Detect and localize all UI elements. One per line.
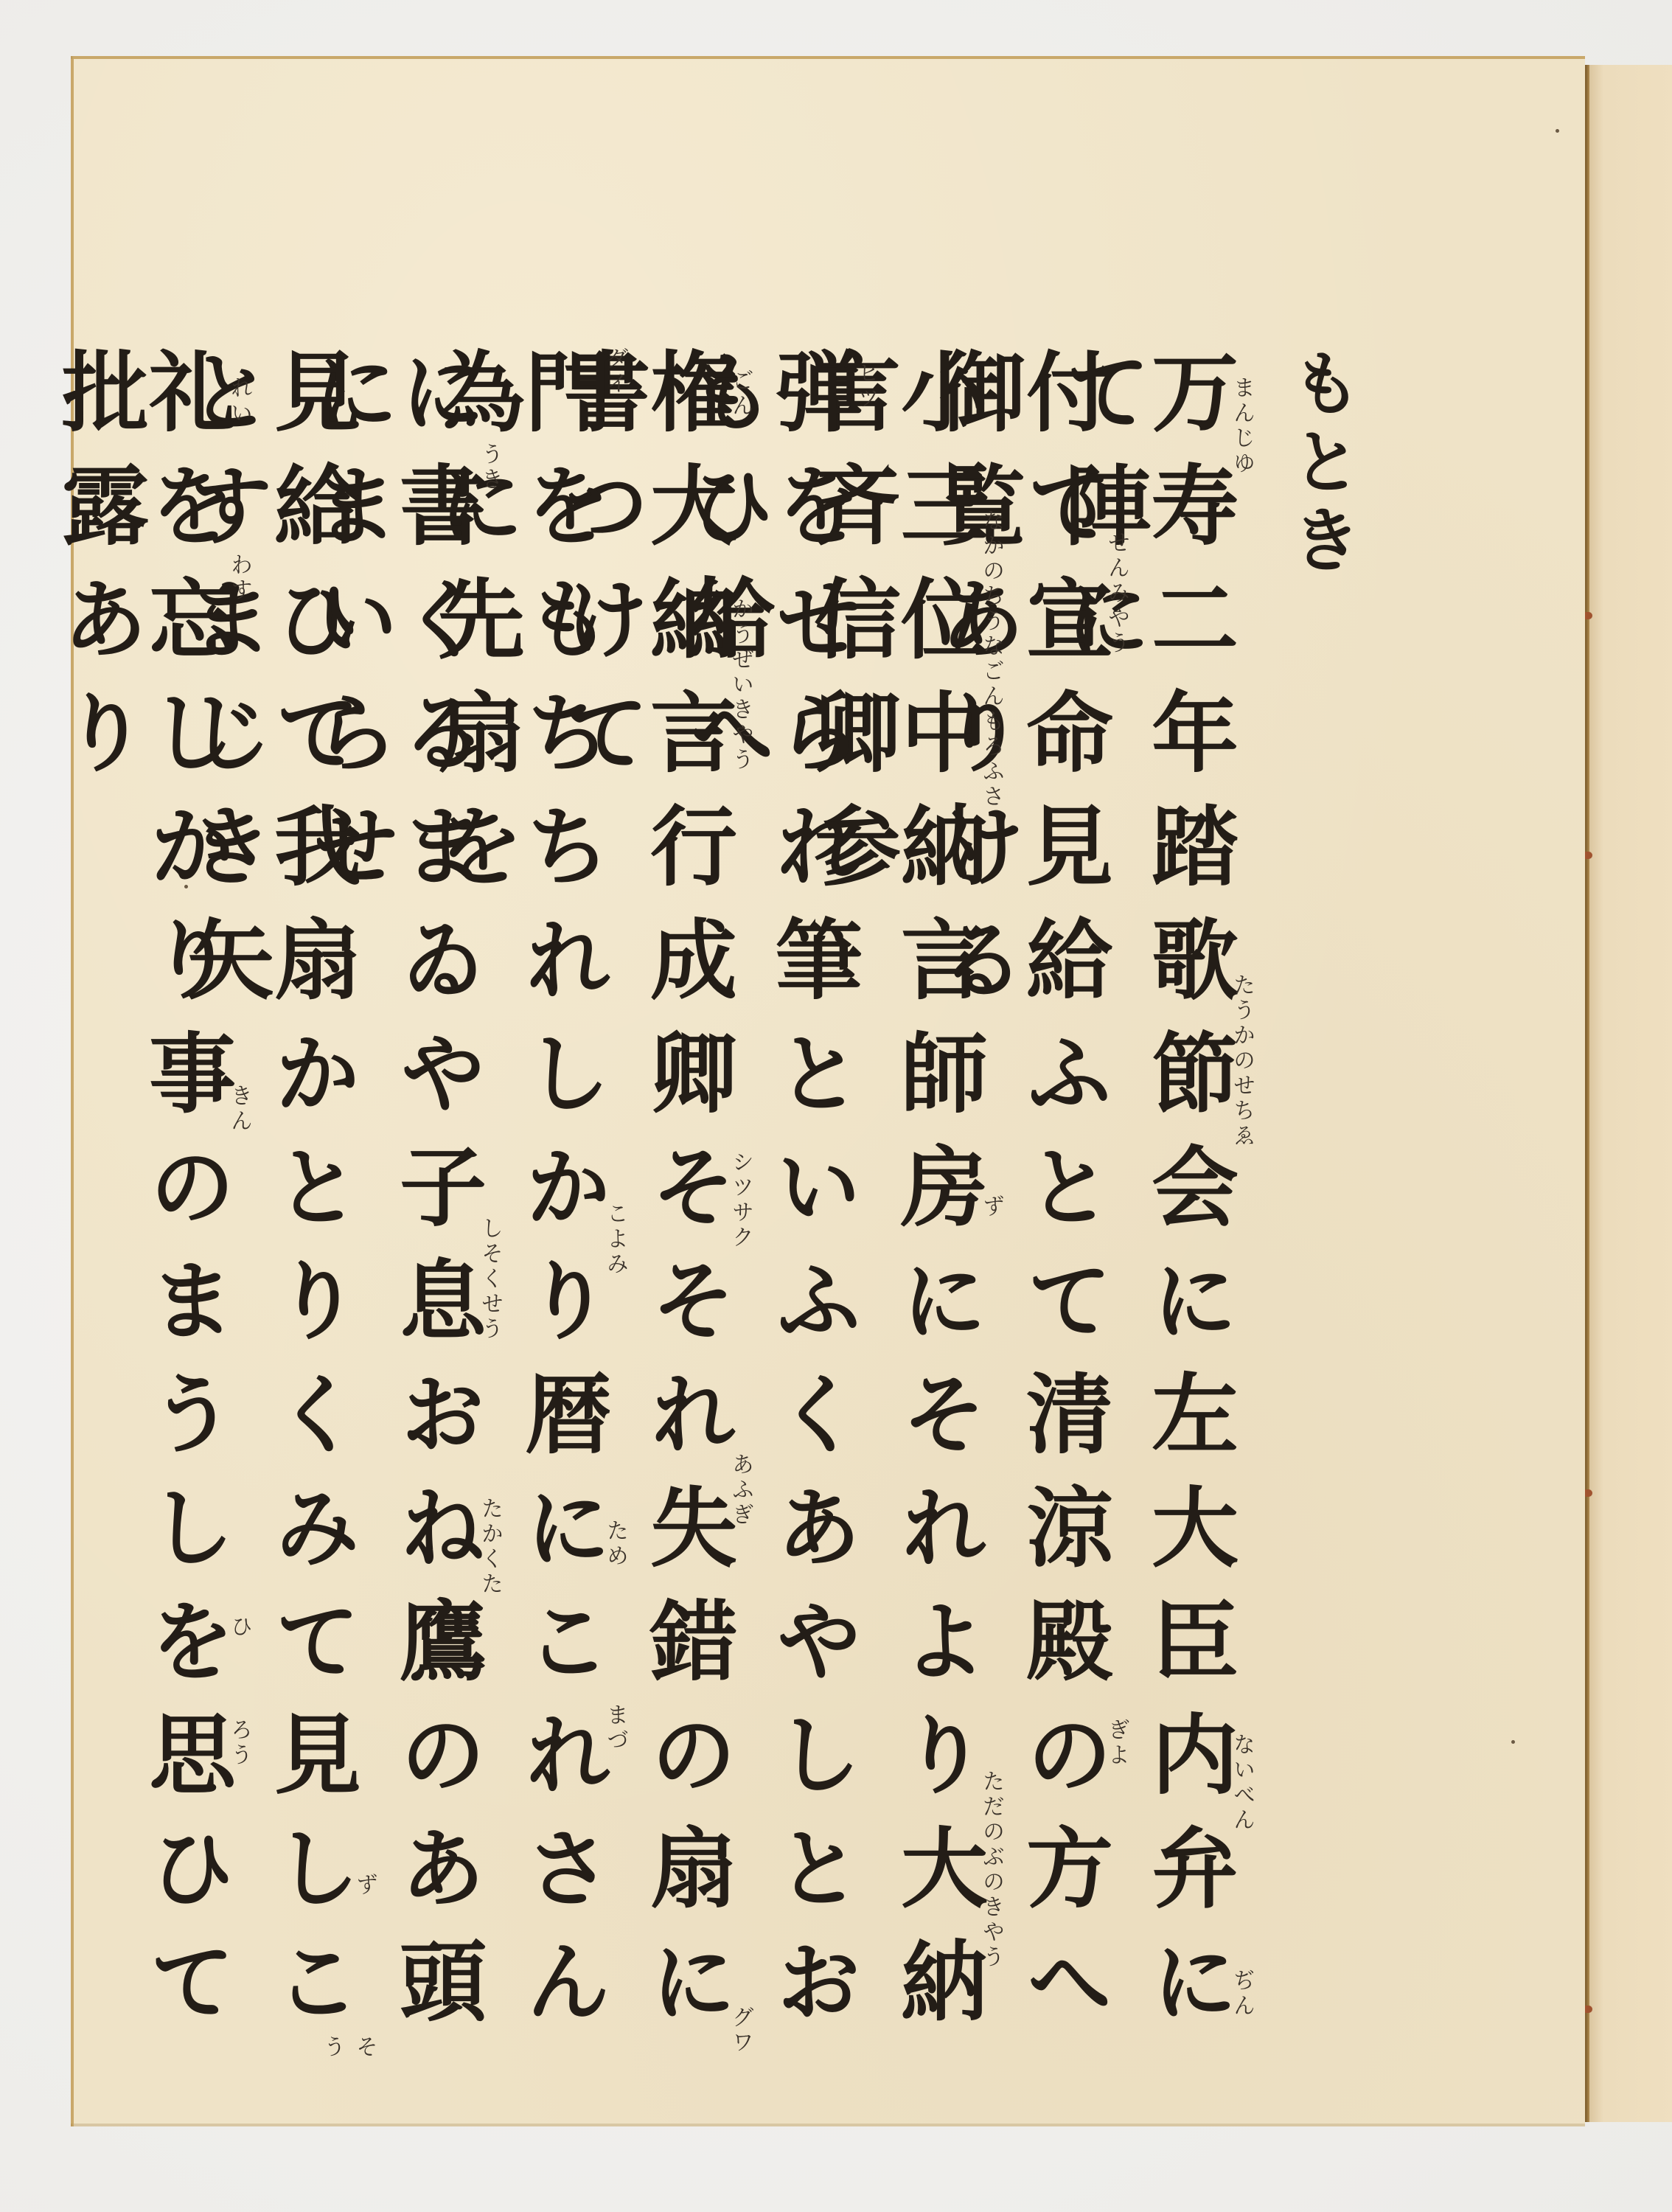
column-text: 礼を忘しかり事のまうしを思ひて批露あり [55, 347, 229, 2079]
text-column-9: 見給ひて我扇かとりくみて見しことすまじき矢 ず そう [251, 347, 376, 2079]
furigana-gloss: こよみ [599, 1202, 631, 1277]
furigana-gloss: あふぎ [724, 1453, 756, 1528]
furigana-gloss: ず [348, 1873, 380, 1898]
furigana-gloss: せんみやう [1100, 531, 1132, 656]
text-column-2: 万寿二年踏歌節会に左大臣内弁にて陣に まんじゆ たうかのせちゑ ないべん ぢん [1128, 347, 1253, 2079]
furigana-gloss: ダイ [599, 347, 631, 397]
furigana-gloss: かうぜいきやう [724, 597, 756, 773]
paper-speck [1511, 1740, 1515, 1744]
furigana-gloss: ろう [223, 1718, 255, 1768]
furigana-gloss: まんじゆ [1225, 376, 1258, 476]
text-column-5: 弾をせられ筆といふくあやしとおもひ給へ ヒツ [752, 347, 877, 2079]
furigana-gloss: ヒツ [849, 361, 882, 411]
furigana-gloss: ず [975, 1194, 1007, 1220]
text-column-4: 小三位中納言師房にそれより大納言斉信卿参 なかのちうなごんもろふさ ず ただのぶ… [877, 347, 1003, 2079]
text-column-7: 門をもちちれしかり暦にこれさん為に先扇を ダイ こよみ ため まづ [501, 347, 627, 2079]
furigana-gloss: ごん [724, 369, 756, 419]
furigana-gloss: ぢん [1225, 1969, 1258, 2019]
furigana-gloss: れい [223, 376, 255, 426]
text-column-3: 付て宣命見給ふとて清涼殿の方へ御覧ありける せんみやう ぎよ [1003, 347, 1128, 2079]
furigana-gloss: きん [223, 1084, 255, 1134]
furigana-gloss: ないべん [1225, 1733, 1258, 1833]
furigana-gloss: グワ [724, 2006, 756, 2056]
text-column-6: 権大納言行成卿そそれ失錯の扇に書つけて ごん かうぜいきやう シツサク あふぎ … [627, 347, 752, 2079]
column-text: もとき [1286, 347, 1356, 581]
text-column-10: 礼を忘しかり事のまうしを思ひて批露あり れい わす きん ひ ろう [125, 347, 251, 2079]
furigana-gloss: ため [599, 1519, 631, 1569]
furigana-gloss: うき [473, 442, 506, 493]
furigana-gloss: わす [223, 553, 255, 603]
adjacent-page-leaf [1585, 65, 1672, 2122]
furigana-gloss: そう [316, 2035, 380, 2079]
furigana-gloss: まづ [599, 1703, 631, 1753]
furigana-gloss: しそくせう [473, 1217, 506, 1342]
furigana-gloss: なかのちうなごんもろふさ [975, 509, 1007, 810]
text-column-8: に書くるまゐや子息おね鷹のあ頭にまいらせ うき しそくせう たかくた [376, 347, 501, 2079]
furigana-gloss: シツサク [724, 1150, 756, 1251]
furigana-gloss: ただのぶのきやう [975, 1770, 1007, 1970]
text-columns: もとき 万寿二年踏歌節会に左大臣内弁にて陣に まんじゆ たうかのせちゑ ないべん… [125, 347, 1379, 2079]
furigana-gloss: ひ [223, 1615, 255, 1640]
furigana-gloss: たうかのせちゑ [1225, 973, 1258, 1149]
furigana-gloss: ぎよ [1100, 1718, 1132, 1768]
text-column-1: もとき [1253, 347, 1379, 2079]
paper-speck [1556, 129, 1559, 133]
furigana-gloss: たかくた [473, 1497, 506, 1597]
